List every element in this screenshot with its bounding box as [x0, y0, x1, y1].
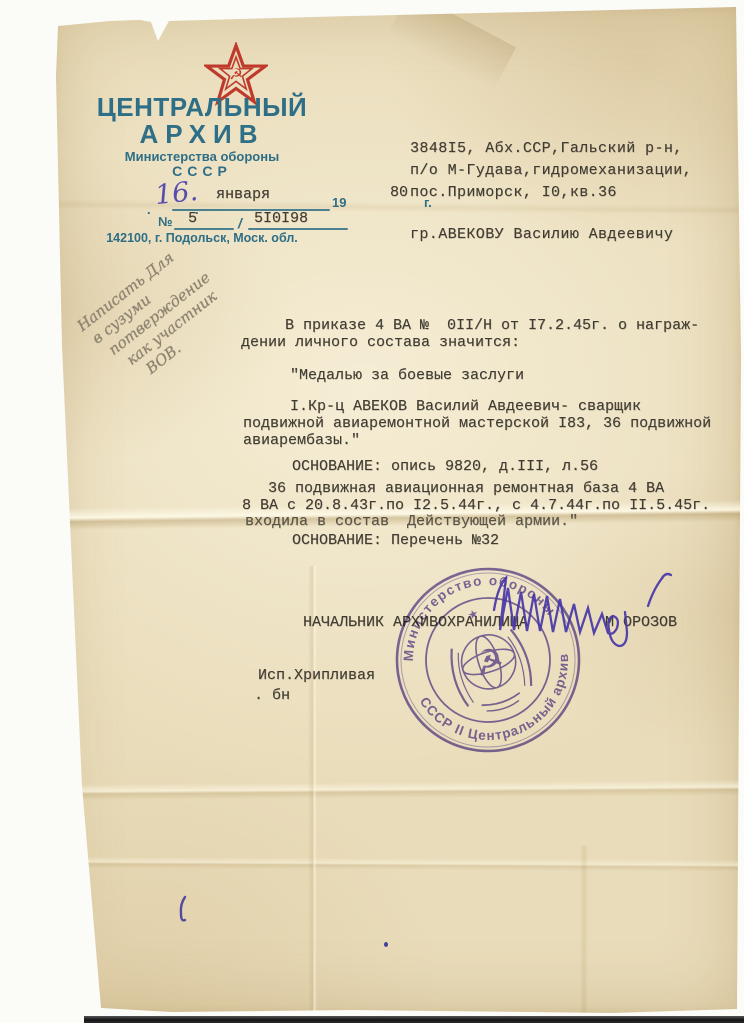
- scanner-edge-shadow: [84, 1016, 744, 1023]
- letterhead-title-line2: АРХИВ: [92, 119, 312, 150]
- date-month-typed: января: [216, 186, 270, 203]
- stray-ink-mark: [174, 894, 194, 930]
- body-line: подвижной авиаремонтной мастерской I83, …: [243, 415, 711, 432]
- date-year-typed: 80: [390, 184, 408, 201]
- scanner-bed: ☭ ЦЕНТРАЛЬНЫЙ АРХИВ Министерства обороны…: [0, 0, 744, 1023]
- body-line: 36 подвижная авиационная ремонтная база …: [268, 480, 664, 497]
- body-line: I.Кр-ц АВЕКОВ Василий Авдеевич- сварщик: [290, 398, 641, 415]
- letterhead-subtitle-line2: СССР: [92, 163, 312, 179]
- recipient-name: гр.АВЕКОВУ Василию Авдеевичу: [410, 226, 673, 243]
- number-slash: /: [238, 215, 242, 231]
- executor-line: Исп.Хрипливая: [258, 667, 375, 684]
- recipient-address-line: п/о М-Гудава,гидромеханизации,: [410, 162, 692, 179]
- number-right-typed: 5I0I98: [254, 210, 308, 227]
- recipient-address-line: 3848I5, Абх.ССР,Гальский р-н,: [410, 140, 683, 157]
- fold-crease-3: [52, 856, 742, 872]
- pencil-margin-note: Написать Для в сузуми потверждение как у…: [72, 238, 238, 397]
- stray-ink-dot: [384, 942, 388, 947]
- signature-ink: [490, 566, 680, 661]
- vertical-crease-center: [308, 566, 317, 1014]
- body-line: авиарембазы.": [243, 432, 360, 449]
- date-year-printed: 19: [332, 195, 346, 210]
- document-page: ☭ ЦЕНТРАЛЬНЫЙ АРХИВ Министерства обороны…: [52, 6, 742, 1014]
- body-line: В приказе 4 ВА № 0II/Н от I7.2.45г. о на…: [285, 317, 699, 334]
- hammer-sickle-glyph: ☭: [229, 66, 243, 83]
- body-line: 8 ВА с 20.8.43г.по I2.5.44г., с 4.7.44г.…: [242, 497, 710, 514]
- stamp-star-glyph: ★: [466, 606, 481, 623]
- number-underline-right: [248, 228, 348, 230]
- handwritten-date-day: 16.: [153, 176, 199, 211]
- body-basis-line: ОСНОВАНИЕ: опись 9820, д.III, л.56: [292, 458, 598, 475]
- number-underline-left: [174, 228, 234, 230]
- letterhead-subtitle-line1: Министерства обороны: [92, 149, 312, 164]
- number-label: №: [158, 214, 173, 229]
- executor-note: . бн: [254, 687, 290, 704]
- vertical-crease-right: [580, 846, 588, 1014]
- fold-crease-2: [52, 780, 742, 801]
- recipient-address-line: пос.Приморск, I0,кв.36: [410, 184, 617, 201]
- body-line: входила в состав Действующей армии.": [245, 513, 578, 530]
- number-left-typed: 5: [188, 210, 197, 227]
- body-basis-line: ОСНОВАНИЕ: Перечень №32: [292, 532, 499, 549]
- corner-wrinkle: [368, 0, 516, 127]
- date-open-quote-dot: .: [147, 202, 151, 217]
- letterhead-address: 142100, г. Подольск, Моск. обл.: [97, 231, 307, 245]
- body-line: "Медалью за боевые заслуги: [290, 367, 524, 384]
- body-line: дении личного состава значится:: [241, 334, 520, 351]
